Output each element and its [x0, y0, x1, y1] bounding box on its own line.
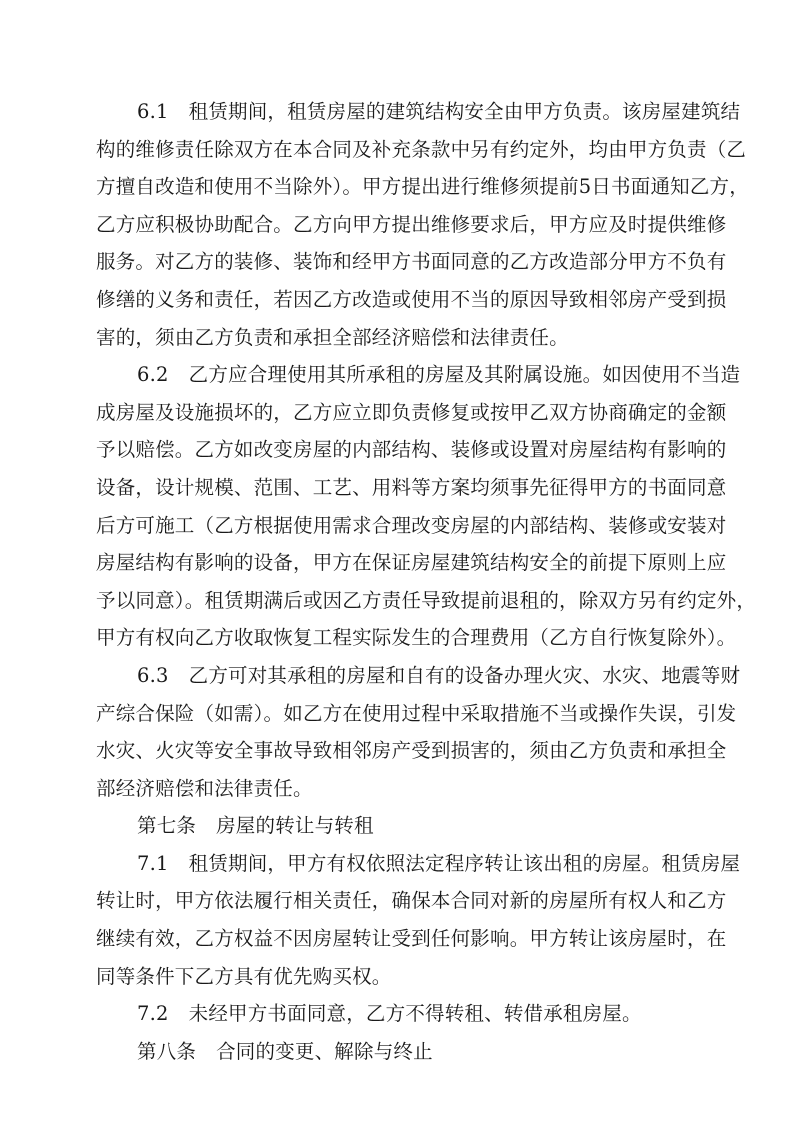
clause-7-2: 7.2未经甲方书面同意，乙方不得转租、转借承租房屋。	[96, 995, 698, 1033]
clause-6-2: 6.2乙方应合理使用其所承租的房屋及其附属设施。如因使用不当造 成房屋及设施损坏…	[96, 356, 698, 657]
clause-text: 租赁期间，甲方有权依照法定程序转让该出租的房屋。租赁房屋	[189, 852, 741, 875]
clause-line: 予以赔偿。乙方如改变房屋的内部结构、装修或设置对房屋结构有影响的	[96, 431, 698, 469]
article-8-heading: 第八条合同的变更、解除与终止	[96, 1033, 698, 1071]
clause-first-line: 7.1租赁期间，甲方有权依照法定程序转让该出租的房屋。租赁房屋	[96, 845, 698, 883]
article-number: 第八条	[137, 1033, 196, 1071]
article-title: 合同的变更、解除与终止	[216, 1040, 433, 1063]
clause-line: 部经济赔偿和法律责任。	[96, 770, 698, 808]
clause-line: 后方可施工（乙方根据使用需求合理改变房屋的内部结构、装修或安装对	[96, 507, 698, 545]
clause-text: 乙方可对其承租的房屋和自有的设备办理火灾、水灾、地震等财	[189, 664, 741, 687]
clause-number: 7.1	[137, 845, 169, 883]
clause-6-3: 6.3乙方可对其承租的房屋和自有的设备办理火灾、水灾、地震等财 产综合保险（如需…	[96, 657, 698, 807]
clause-number: 6.3	[137, 657, 169, 695]
clause-line: 修缮的义务和责任，若因乙方改造或使用不当的原因导致相邻房产受到损	[96, 281, 698, 319]
clause-line: 害的，须由乙方负责和承担全部经济赔偿和法律责任。	[96, 319, 698, 357]
clause-line: 予以同意）。租赁期满后或因乙方责任导致提前退租的，除双方另有约定外，	[96, 582, 698, 620]
clause-line: 产综合保险（如需）。如乙方在使用过程中采取措施不当或操作失误，引发	[96, 695, 698, 733]
clause-line: 甲方有权向乙方收取恢复工程实际发生的合理费用（乙方自行恢复除外）。	[96, 619, 698, 657]
clause-line: 房屋结构有影响的设备，甲方在保证房屋建筑结构安全的前提下原则上应	[96, 544, 698, 582]
clause-line: 方擅自改造和使用不当除外）。甲方提出进行维修须提前5日书面通知乙方，	[96, 168, 698, 206]
article-7-heading: 第七条房屋的转让与转租	[96, 807, 698, 845]
clause-first-line: 6.3乙方可对其承租的房屋和自有的设备办理火灾、水灾、地震等财	[96, 657, 698, 695]
clause-first-line: 6.1租赁期间，租赁房屋的建筑结构安全由甲方负责。该房屋建筑结	[96, 93, 698, 131]
clause-line: 服务。对乙方的装修、装饰和经甲方书面同意的乙方改造部分甲方不负有	[96, 243, 698, 281]
article-number: 第七条	[137, 807, 196, 845]
clause-text: 未经甲方书面同意，乙方不得转租、转借承租房屋。	[189, 1002, 642, 1025]
clause-line: 转让时，甲方依法履行相关责任，确保本合同对新的房屋所有权人和乙方	[96, 882, 698, 920]
clause-line: 设备，设计规模、范围、工艺、用料等方案均须事先征得甲方的书面同意	[96, 469, 698, 507]
clause-7-1: 7.1租赁期间，甲方有权依照法定程序转让该出租的房屋。租赁房屋 转让时，甲方依法…	[96, 845, 698, 995]
clause-text: 乙方应合理使用其所承租的房屋及其附属设施。如因使用不当造	[189, 363, 741, 386]
article-heading-line: 第七条房屋的转让与转租	[96, 807, 698, 845]
document-page: 6.1租赁期间，租赁房屋的建筑结构安全由甲方负责。该房屋建筑结 构的维修责任除双…	[96, 93, 698, 1070]
article-title: 房屋的转让与转租	[216, 814, 374, 837]
clause-6-1: 6.1租赁期间，租赁房屋的建筑结构安全由甲方负责。该房屋建筑结 构的维修责任除双…	[96, 93, 698, 356]
clause-line: 乙方应积极协助配合。乙方向甲方提出维修要求后，甲方应及时提供维修	[96, 206, 698, 244]
clause-line: 继续有效，乙方权益不因房屋转让受到任何影响。甲方转让该房屋时，在	[96, 920, 698, 958]
clause-number: 7.2	[137, 995, 169, 1033]
clause-line: 同等条件下乙方具有优先购买权。	[96, 958, 698, 996]
clause-text: 租赁期间，租赁房屋的建筑结构安全由甲方负责。该房屋建筑结	[189, 100, 741, 123]
clause-first-line: 7.2未经甲方书面同意，乙方不得转租、转借承租房屋。	[96, 995, 698, 1033]
clause-number: 6.1	[137, 93, 169, 131]
article-heading-line: 第八条合同的变更、解除与终止	[96, 1033, 698, 1071]
clause-number: 6.2	[137, 356, 169, 394]
clause-line: 成房屋及设施损坏的，乙方应立即负责修复或按甲乙双方协商确定的金额	[96, 394, 698, 432]
clause-line: 水灾、火灾等安全事故导致相邻房产受到损害的，须由乙方负责和承担全	[96, 732, 698, 770]
clause-line: 构的维修责任除双方在本合同及补充条款中另有约定外，均由甲方负责（乙	[96, 131, 698, 169]
clause-first-line: 6.2乙方应合理使用其所承租的房屋及其附属设施。如因使用不当造	[96, 356, 698, 394]
